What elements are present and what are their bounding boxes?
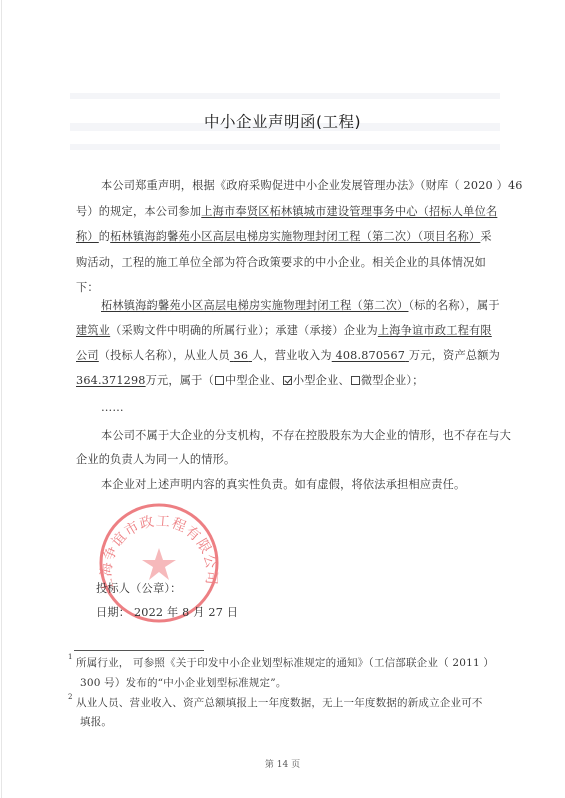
scan-bleed-through <box>70 144 500 150</box>
company-name: 上海争谊市政工程有限 <box>378 324 492 337</box>
option-small-label: 小型企业、 <box>293 374 350 387</box>
company-label: （投标人名称），从业人员 <box>99 349 230 362</box>
option-medium-label: 中型企业、 <box>225 374 282 387</box>
option-micro-label: 微型企业）； <box>361 374 424 387</box>
footnote-1-line-2: 300 号）发布的“中小企业划型标准规定”。 <box>80 675 287 690</box>
independence-line-1: 本公司不属于大企业的分支机构，不存在控股股东为大企业的情形，也不存在与大 <box>101 427 511 443</box>
enterprise-line-3: 公司（投标人名称），从业人员 36 人，营业收入为 408.870567 万元，… <box>76 347 500 363</box>
footnote-1-text: 所属行业， 可参照《关于印发中小企业划型标准规定的通知》（工信部联企业（ 201… <box>76 657 494 669</box>
checkbox-small-checked[interactable] <box>283 376 292 385</box>
text-prefix: 号）的规定，本公司参加 <box>76 205 201 218</box>
industry-value: 建筑业 <box>76 324 110 337</box>
liability-statement: 本企业对上述声明内容的真实性负责。如有虚假，将依法承担相应责任。 <box>101 476 465 492</box>
industry-label: （采购文件中明确的所属行业）；承建（承接）企业为 <box>110 324 378 337</box>
text-mid: 的 <box>99 230 110 243</box>
footnote-divider <box>74 650 204 651</box>
tenderer-name: 上海市奉贤区柘林镇城市建设管理事务中心（招标人单位名 <box>201 205 497 218</box>
footnote-2-text: 从业人员、营业收入、资产总额填报上一年度数据，无上一年度数据的新成立企业可不 <box>76 697 483 709</box>
checkbox-micro[interactable] <box>351 376 360 385</box>
independence-line-2: 企业的负责人为同一人的情形。 <box>76 451 235 467</box>
footnote-2-marker: 2 <box>68 693 73 701</box>
subject-name: 柘林镇海韵馨苑小区高层电梯房实施物理封闭工程（第二次） <box>101 299 408 312</box>
employee-count: 36 <box>230 349 252 362</box>
scan-bleed-through <box>70 93 500 99</box>
footnote-2-line-2: 填报。 <box>80 714 112 729</box>
document-title: 中小企业声明函(工程) <box>0 110 565 132</box>
page-number: 第 14 页 <box>0 757 565 770</box>
signing-date: 日期： 2022 年 8 月 27 日 <box>96 604 238 620</box>
total-assets: 364.371298 <box>76 374 146 387</box>
enterprise-line-2: 建筑业（采购文件中明确的所属行业）；承建（承接）企业为上海争谊市政工程有限 <box>76 322 492 338</box>
ellipsis: …… <box>101 401 124 414</box>
revenue-unit: 万元，资产总额为 <box>409 349 500 362</box>
declaration-line-4: 购活动，工程的施工单位全部为符合政策要求的中小企业。相关企业的具体情况如 <box>76 254 486 270</box>
day-unit: 日 <box>227 606 238 619</box>
text-suffix: 采 <box>480 230 491 243</box>
date-label: 日期： <box>96 606 130 619</box>
footnote-2-line-1: 2从业人员、营业收入、资产总额填报上一年度数据，无上一年度数据的新成立企业可不 <box>76 695 483 710</box>
month-unit: 月 <box>193 606 204 619</box>
employees-unit: 人，营业收入为 <box>252 349 332 362</box>
document-page: 中小企业声明函(工程) 本公司郑重声明，根据《政府采购促进中小企业发展管理办法》… <box>0 0 565 798</box>
assets-unit: 万元，属于（ <box>146 374 214 387</box>
revenue-value: 408.870567 <box>336 349 406 362</box>
date-day: 27 <box>208 606 223 619</box>
date-year: 2022 <box>134 606 163 619</box>
project-name: 柘林镇海韵馨苑小区高层电梯房实施物理封闭工程（第二次）（项目名称） <box>110 230 480 243</box>
enterprise-line-1: 柘林镇海韵馨苑小区高层电梯房实施物理封闭工程（第二次）（标的名称），属于 <box>101 297 500 313</box>
subject-label: （标的名称），属于 <box>408 299 499 312</box>
checkbox-medium[interactable] <box>215 376 224 385</box>
declaration-line-3: 称）的柘林镇海韵馨苑小区高层电梯房实施物理封闭工程（第二次）（项目名称）采 <box>76 228 492 244</box>
footnote-1-marker: 1 <box>68 653 73 661</box>
bidder-seal-label: 投标人（公章）： <box>96 580 182 596</box>
date-month: 8 <box>182 606 189 619</box>
declaration-line-2: 号）的规定，本公司参加上海市奉贤区柘林镇城市建设管理事务中心（招标人单位名 <box>76 203 497 219</box>
company-name-end: 公司 <box>76 349 99 362</box>
employee-count-value: 36 <box>234 349 249 362</box>
tenderer-name-end: 称） <box>76 230 99 243</box>
declaration-line-5: 下： <box>76 279 99 295</box>
revenue: 408.870567 <box>332 349 409 362</box>
year-unit: 年 <box>167 606 178 619</box>
footnote-1-line-1: 1所属行业， 可参照《关于印发中小企业划型标准规定的通知》（工信部联企业（ 20… <box>76 655 494 670</box>
enterprise-line-4: 364.371298万元，属于（中型企业、小型企业、微型企业）； <box>76 372 424 388</box>
declaration-line-1: 本公司郑重声明，根据《政府采购促进中小企业发展管理办法》（财库（ 2020 ）4… <box>101 177 523 193</box>
